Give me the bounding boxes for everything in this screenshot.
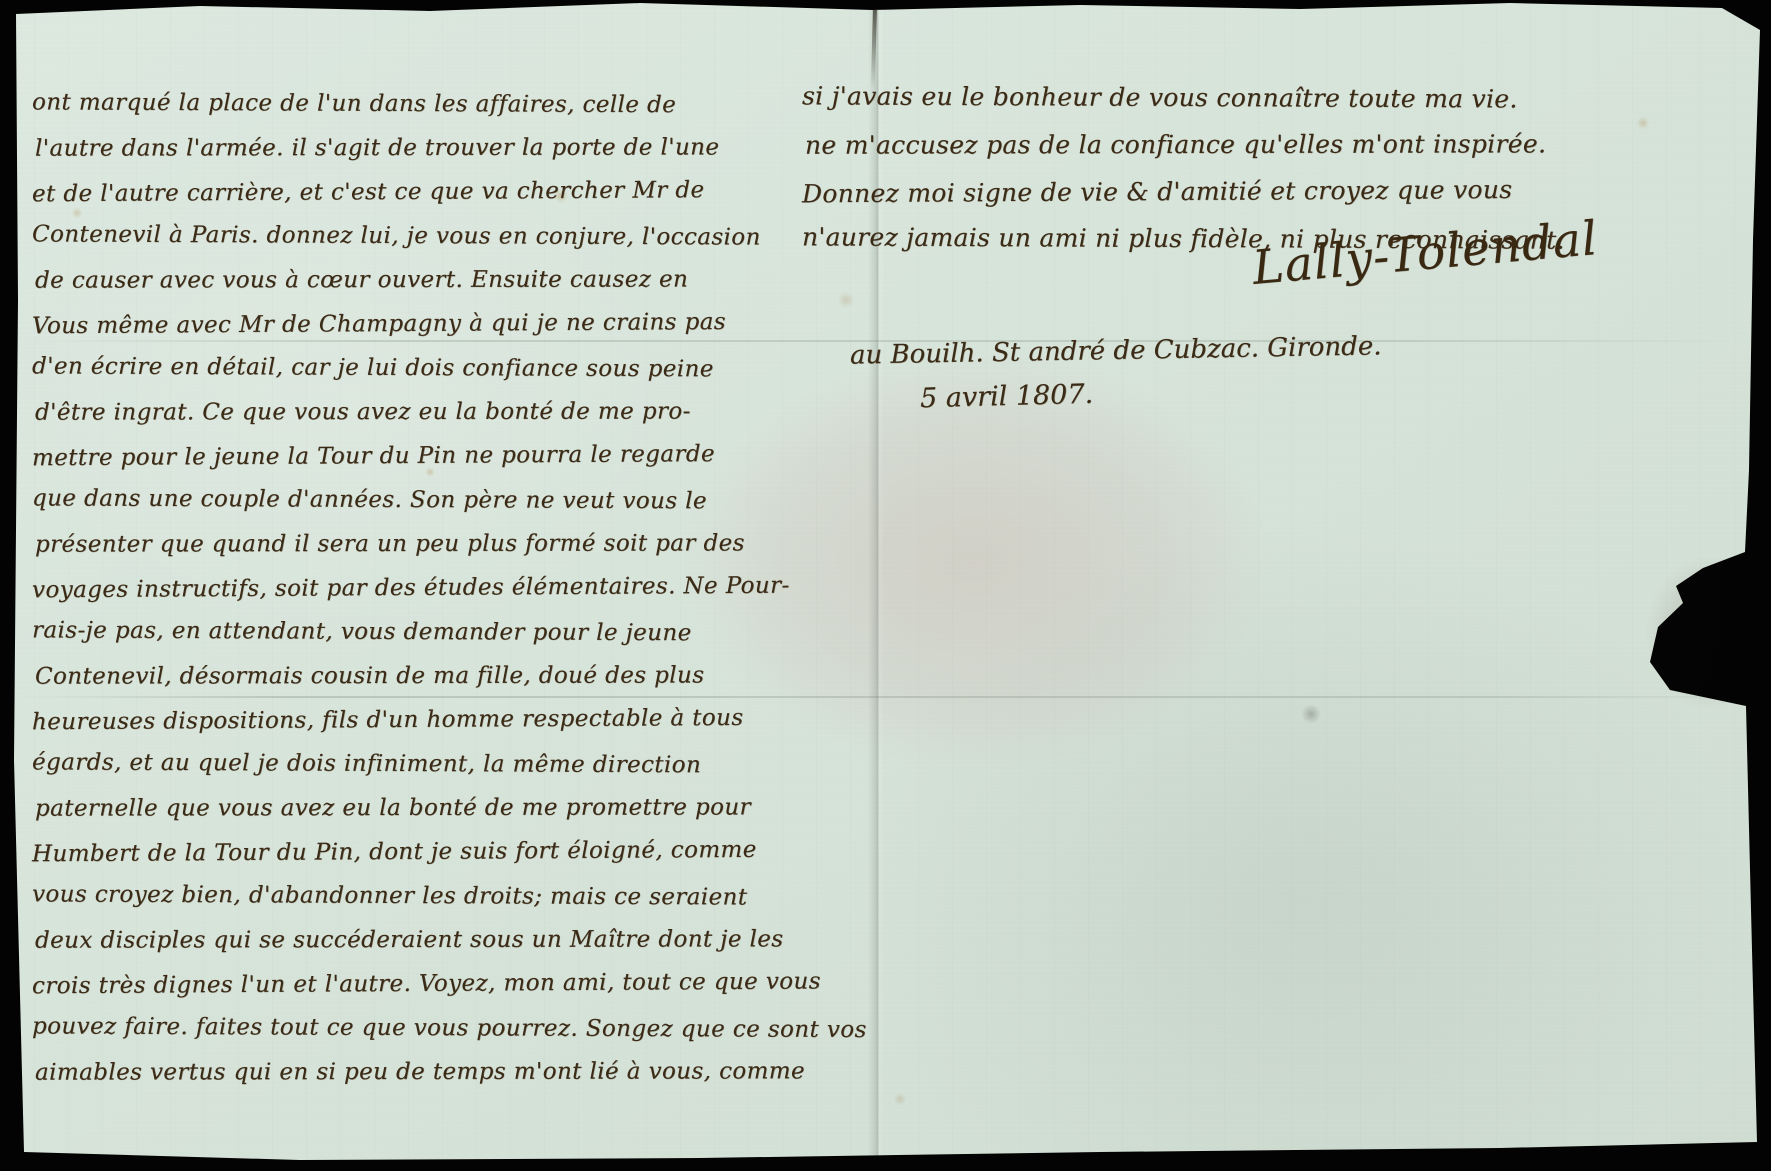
letter-line: et de l'autre carrière, et c'est ce que …: [32, 168, 777, 217]
letter-line: ont marqué la place de l'un dans les aff…: [32, 80, 777, 127]
letter-line: si j'avais eu le bonheur de vous connaît…: [802, 72, 1562, 122]
letter-line: l'autre dans l'armée. il s'agit de trouv…: [35, 125, 780, 170]
letter-line: égards, et au quel je dois infiniment, l…: [32, 740, 777, 787]
place-line: au Bouilh. St andré de Cubzac. Gironde.: [850, 331, 1382, 370]
letter-line: que dans une couple d'années. Son père n…: [32, 476, 777, 523]
letter-line: d'en écrire en détail, car je lui dois c…: [32, 344, 777, 391]
letter-line: vous croyez bien, d'abandonner les droit…: [32, 872, 777, 919]
letter-line: Donnez moi signe de vie & d'amitié et cr…: [802, 166, 1562, 218]
letter-line: présenter que quand il sera un peu plus …: [35, 521, 780, 566]
letter-line: Contenevil à Paris. donnez lui, je vous …: [32, 212, 777, 259]
letter-line: Humbert de la Tour du Pin, dont je suis …: [32, 828, 777, 877]
date-line: 5 avril 1807.: [920, 379, 1094, 415]
letter-line: Vous même avec Mr de Champagny à qui je …: [32, 300, 777, 349]
letter-line: crois très dignes l'un et l'autre. Voyez…: [32, 960, 777, 1009]
letter-line: mettre pour le jeune la Tour du Pin ne p…: [32, 432, 777, 481]
letter-line: de causer avec vous à cœur ouvert. Ensui…: [35, 257, 780, 302]
left-page: ont marqué la place de l'un dans les aff…: [32, 82, 777, 1094]
letter-line: Contenevil, désormais cousin de ma fille…: [35, 653, 780, 698]
letter-line: paternelle que vous avez eu la bonté de …: [35, 785, 780, 830]
letter-line: deux disciples qui se succéderaient sous…: [35, 917, 780, 962]
letter-line: pouvez faire. faites tout ce que vous po…: [32, 1004, 777, 1051]
letter-line: d'être ingrat. Ce que vous avez eu la bo…: [35, 389, 780, 434]
letter-line: rais-je pas, en attendant, vous demander…: [32, 608, 777, 655]
torn-edge-shadow: [1598, 540, 1728, 710]
letter-line: aimables vertus qui en si peu de temps m…: [35, 1049, 780, 1094]
letter-paper: ont marqué la place de l'un dans les aff…: [0, 0, 1771, 1171]
letter-line: heureuses dispositions, fils d'un homme …: [32, 696, 777, 745]
letter-line: ne m'accusez pas de la confiance qu'elle…: [805, 120, 1565, 168]
letter-line: voyages instructifs, soit par des études…: [32, 564, 777, 613]
scan-background: ont marqué la place de l'un dans les aff…: [0, 0, 1771, 1171]
